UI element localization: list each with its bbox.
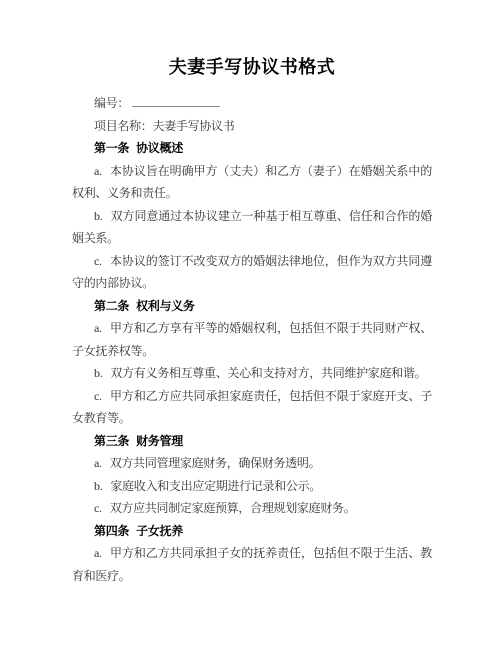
section-heading: 第二条权利与义务 (72, 295, 432, 318)
clause-marker: b. (94, 479, 102, 493)
clause-text: 双方有义务相互尊重、关心和支持对方，共同维护家庭和谐。 (110, 366, 426, 380)
clause-text: 双方共同管理家庭财务，确保财务透明。 (110, 456, 321, 470)
section-title: 权利与义务 (136, 299, 195, 313)
project-row: 项目名称：夫妻手写协议书 (72, 115, 432, 138)
clause: b.双方有义务相互尊重、关心和支持对方，共同维护家庭和谐。 (72, 362, 432, 385)
project-label: 项目名称： (94, 119, 153, 133)
section-title: 协议概述 (136, 141, 183, 155)
clause-marker: a. (94, 164, 102, 178)
clause-text: 甲方和乙方共同承担子女的抚养责任，包括但不限于生活、教育和医疗。 (72, 546, 432, 583)
clause-text: 甲方和乙方应共同承担家庭责任，包括但不限于家庭开支、子女教育等。 (72, 389, 432, 426)
clause-marker: a. (94, 546, 102, 560)
clause: a.甲方和乙方共同承担子女的抚养责任，包括但不限于生活、教育和医疗。 (72, 542, 432, 587)
section-title: 子女抚养 (136, 524, 183, 538)
document-title: 夫妻手写协议书格式 (72, 52, 432, 82)
clause: a.本协议旨在明确甲方（丈夫）和乙方（妻子）在婚姻关系中的权利、义务和责任。 (72, 160, 432, 205)
project-value: 夫妻手写协议书 (153, 119, 235, 133)
section-number: 第二条 (94, 299, 129, 313)
section-number: 第三条 (94, 434, 129, 448)
section-number: 第一条 (94, 141, 129, 155)
section-heading: 第一条协议概述 (72, 137, 432, 160)
clause-text: 本协议的签订不改变双方的婚姻法律地位，但作为双方共同遵守的内部协议。 (72, 254, 432, 291)
clause-text: 双方同意通过本协议建立一种基于相互尊重、信任和合作的婚姻关系。 (72, 209, 432, 246)
number-row: 编号： (72, 92, 432, 115)
clause-marker: b. (94, 209, 102, 223)
clause-marker: b. (94, 366, 102, 380)
number-label: 编号： (94, 96, 129, 110)
number-blank-line (132, 95, 220, 107)
clause-marker: a. (94, 456, 102, 470)
clause-marker: a. (94, 321, 102, 335)
clause-marker: c. (94, 501, 102, 515)
clause: c.甲方和乙方应共同承担家庭责任，包括但不限于家庭开支、子女教育等。 (72, 385, 432, 430)
clause-text: 甲方和乙方享有平等的婚姻权利，包括但不限于共同财产权、子女抚养权等。 (72, 321, 432, 358)
section-title: 财务管理 (136, 434, 183, 448)
clause: a.双方共同管理家庭财务，确保财务透明。 (72, 452, 432, 475)
section-heading: 第四条子女抚养 (72, 520, 432, 543)
clause: b.双方同意通过本协议建立一种基于相互尊重、信任和合作的婚姻关系。 (72, 205, 432, 250)
clause-marker: c. (94, 389, 102, 403)
clause: c.双方应共同制定家庭预算，合理规划家庭财务。 (72, 497, 432, 520)
clause: c.本协议的签订不改变双方的婚姻法律地位，但作为双方共同遵守的内部协议。 (72, 250, 432, 295)
clause-marker: c. (94, 254, 102, 268)
clause: b.家庭收入和支出应定期进行记录和公示。 (72, 475, 432, 498)
clause-text: 双方应共同制定家庭预算，合理规划家庭财务。 (110, 501, 356, 515)
document-page: 夫妻手写协议书格式 编号： 项目名称：夫妻手写协议书 第一条协议概述 a.本协议… (0, 0, 500, 647)
section-number: 第四条 (94, 524, 129, 538)
clause-text: 家庭收入和支出应定期进行记录和公示。 (110, 479, 321, 493)
clause-text: 本协议旨在明确甲方（丈夫）和乙方（妻子）在婚姻关系中的权利、义务和责任。 (72, 164, 432, 201)
section-heading: 第三条财务管理 (72, 430, 432, 453)
clause: a.甲方和乙方享有平等的婚姻权利，包括但不限于共同财产权、子女抚养权等。 (72, 317, 432, 362)
